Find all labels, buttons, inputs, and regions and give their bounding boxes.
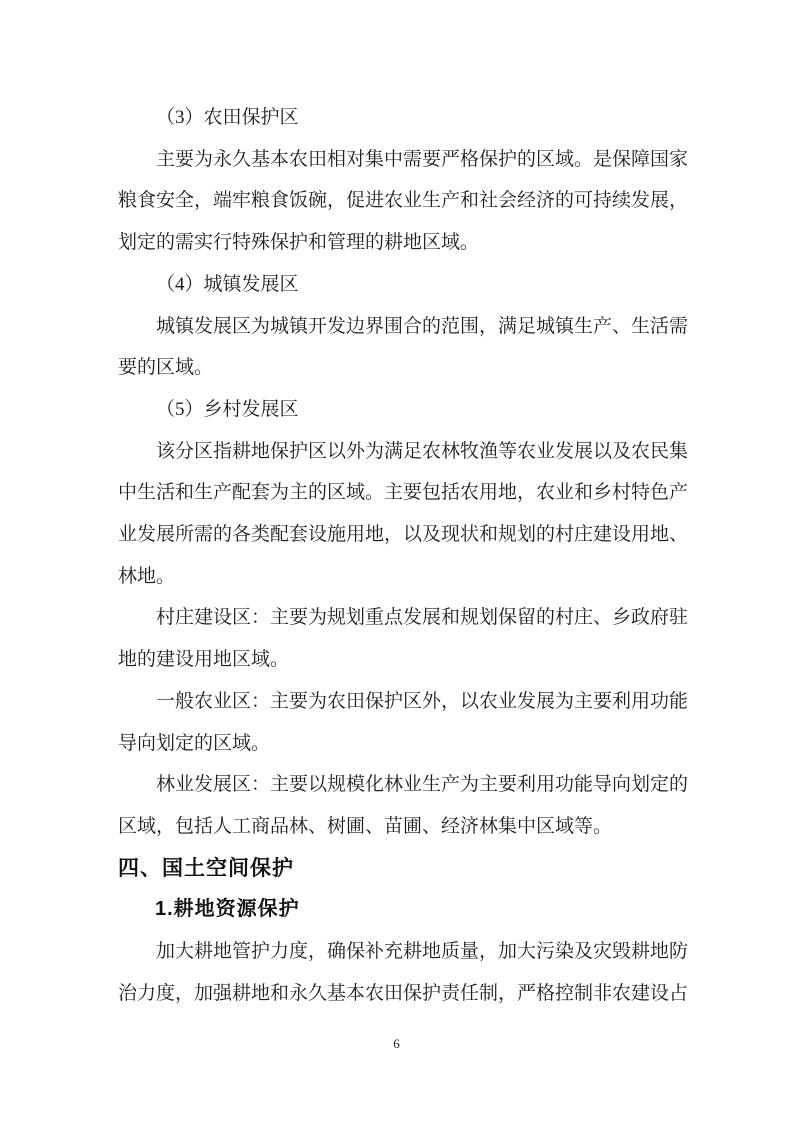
section-heading-cultivated-land: 1.耕地资源保护 (118, 889, 688, 931)
body-paragraph-village-construction: 村庄建设区：主要为规划重点发展和规划保留的村庄、乡政府驻地的建设用地区域。 (118, 597, 688, 680)
body-paragraph-town-development: 城镇发展区为城镇开发边界围合的范围，满足城镇生产、生活需要的区域。 (118, 306, 688, 389)
page-footer: 6 (0, 1036, 793, 1052)
body-paragraph-general-agriculture: 一般农业区：主要为农田保护区外，以农业发展为主要利用功能导向划定的区域。 (118, 681, 688, 764)
document-body: （3）农田保护区 主要为永久基本农田相对集中需要严格保护的区域。是保障国家粮食安… (118, 97, 688, 1014)
subsection-heading-4: （4）城镇发展区 (118, 264, 688, 306)
body-paragraph-cultivated-land-protection: 加大耕地管护力度，确保补充耕地质量，加大污染及灾毁耕地防治力度，加强耕地和永久基… (118, 931, 688, 1014)
subsection-heading-3: （3）农田保护区 (118, 97, 688, 139)
body-paragraph-rural-development: 该分区指耕地保护区以外为满足农林牧渔等农业发展以及农民集中生活和生产配套为主的区… (118, 431, 688, 598)
chapter-heading-four: 四、国土空间保护 (118, 848, 688, 890)
body-paragraph-farmland-protection: 主要为永久基本农田相对集中需要严格保护的区域。是保障国家粮食安全，端牢粮食饭碗，… (118, 139, 688, 264)
page-number: 6 (393, 1036, 400, 1051)
subsection-heading-5: （5）乡村发展区 (118, 389, 688, 431)
document-page: （3）农田保护区 主要为永久基本农田相对集中需要严格保护的区域。是保障国家粮食安… (0, 0, 793, 1122)
body-paragraph-forestry-development: 林业发展区：主要以规模化林业生产为主要利用功能导向划定的区域，包括人工商品林、树… (118, 764, 688, 847)
